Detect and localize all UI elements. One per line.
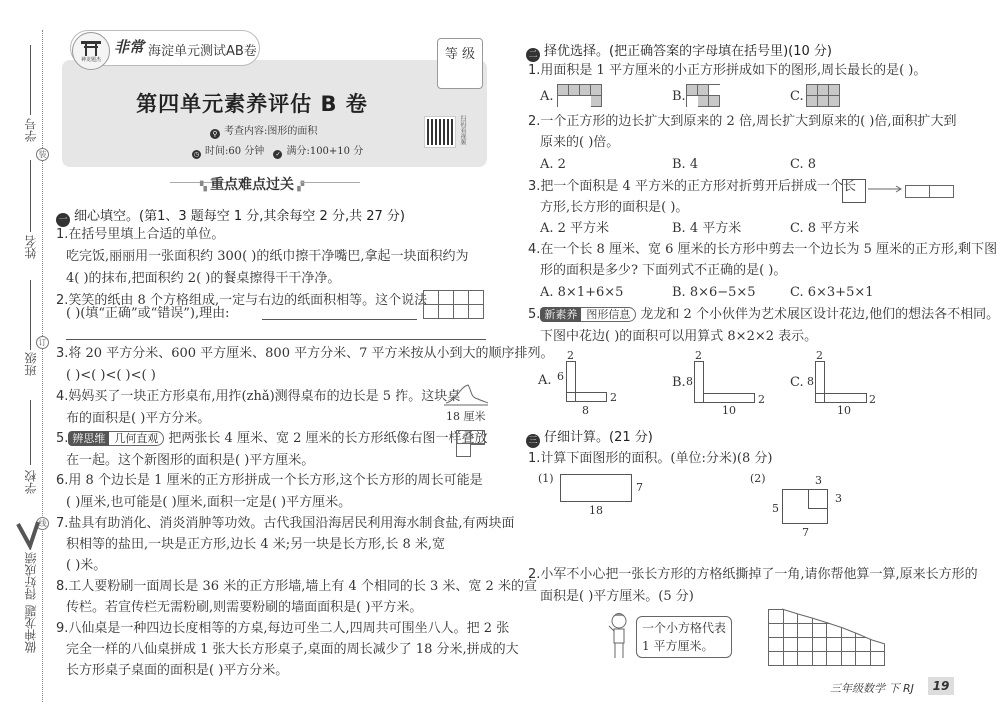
cut-square xyxy=(808,489,828,509)
student-id-label: 学号 xyxy=(22,118,39,142)
q3-answer-line[interactable]: ( )<( )<( )<( ) xyxy=(66,367,156,385)
grade-label: 等 级 xyxy=(445,47,475,62)
section-badge: 一 xyxy=(56,213,70,227)
q5-line2[interactable]: 在一起。这个新图形的面积是( )平方厘米。 xyxy=(66,452,314,470)
s2-q3-option-c[interactable]: C. 8 平方米 xyxy=(790,220,859,238)
fig-dim: 8 xyxy=(807,375,814,388)
page-title: 第四单元素养评估 B 卷 xyxy=(62,88,442,118)
subtitle-text: 重点难点过关 xyxy=(210,177,294,193)
eight-square-grid xyxy=(423,290,484,319)
shape-b xyxy=(686,84,720,107)
fig-dim: 10 xyxy=(837,404,851,417)
banner-subtitle: ▚ 重点难点过关 ▞ xyxy=(200,174,304,194)
s2-q1-option-a[interactable]: A. xyxy=(540,88,554,106)
checkmark-icon xyxy=(16,520,40,550)
s2-q4-option-a[interactable]: A. 8×1+6×5 xyxy=(540,284,623,302)
fig-horizontal xyxy=(703,393,755,403)
s2-q2-option-b[interactable]: B. 4 xyxy=(672,156,698,174)
q7-line2: 积相等的盐田,一块是正方形,边长 4 米;另一块是长方形,长 8 米,宽 xyxy=(66,536,445,554)
q9-line3[interactable]: 长方形桌子桌面的面积是( )平方分米。 xyxy=(66,662,288,680)
s2-q1-option-b[interactable]: B. xyxy=(672,88,686,106)
check-circle-icon: ✓ xyxy=(273,150,282,159)
score-label: 满分:100+10 分 xyxy=(286,146,363,157)
fig-dim: 2 xyxy=(816,349,823,362)
brand-script: 非常 xyxy=(114,36,144,57)
s2-q3-option-b[interactable]: B. 4 平方米 xyxy=(672,220,741,238)
section-2-heading: 二择优选择。(把正确答案的字母填在括号里)(10 分) xyxy=(526,40,832,62)
q8-line1: 8.工人要粉刷一面周长是 36 米的正方形墙,墙上有 4 个相同的长 3 米、宽… xyxy=(56,578,537,596)
s3-q2-line1: 2.小军不小心把一张长方形的方格纸撕掉了一角,请你帮他算一算,原来长方形的 xyxy=(528,566,978,584)
q5-line1: 5.辨思维几何直观把两张长 4 厘米、宽 2 厘米的长方形纸像右图一样叠放 xyxy=(56,430,487,448)
speech-line: 1 平方厘米。 xyxy=(642,637,726,655)
q4-line2[interactable]: 布的面积是( )平方分米。 xyxy=(66,410,210,428)
reason-blank-2[interactable] xyxy=(66,339,486,340)
q6-line2[interactable]: ( )厘米,也可能是( )厘米,面积一定是( )平方厘米。 xyxy=(66,494,351,512)
s2-q4-line2[interactable]: 形的面积是多少? 下面列式不正确的是( )。 xyxy=(540,262,786,280)
s2-q3-option-a[interactable]: A. 2 平方米 xyxy=(540,220,609,238)
s2-q4-option-c[interactable]: C. 6×3+5×1 xyxy=(790,284,874,302)
section-1-title: 细心填空。(第1、3 题每空 1 分,其余每空 2 分,共 27 分) xyxy=(74,209,405,224)
book-label: 三年级数学 下 RJ xyxy=(830,680,914,696)
fig-label: A. xyxy=(538,372,552,390)
series-title: 海淀单元测试AB卷 xyxy=(148,40,257,59)
s2-q1-option-c[interactable]: C. xyxy=(790,88,804,106)
slogan-dragon: 做神龙题 xyxy=(22,605,39,653)
s2-q1: 1.用面积是 1 平方厘米的小正方形拼成如下的图形,周长最长的是( )。 xyxy=(528,62,926,80)
fig-dim: 8 xyxy=(686,375,693,388)
s2-q4-line1: 4.在一个长 8 厘米、宽 6 厘米的长方形中剪去一个边长为 5 厘米的正方形,… xyxy=(528,241,997,259)
arrow-icon xyxy=(868,185,904,193)
fig-dim: 2 xyxy=(567,349,574,362)
tag-new-literacy: 新素养 xyxy=(540,307,581,322)
fig2-cut-width: 3 xyxy=(815,474,822,487)
q1-prompt: 1.在括号里填上合适的单位。 xyxy=(56,226,224,244)
fig-dim: 2 xyxy=(695,349,702,362)
name-rule xyxy=(30,160,31,232)
slogan-good-grades: 得好成绩 xyxy=(22,552,39,600)
fig1-height: 7 xyxy=(636,481,643,494)
logo-text: 神龙题杰 xyxy=(81,56,101,63)
boy-character xyxy=(606,612,632,662)
q7-line3[interactable]: ( )米。 xyxy=(66,557,106,575)
q1-line2[interactable]: 4( )的抹布,把面积约 2( )的餐桌擦得干干净净。 xyxy=(66,270,340,288)
q9-line1: 9.八仙桌是一种四边长度相等的方桌,每边可坐二人,四周共可围坐八人。把 2 张 xyxy=(56,620,509,638)
q2-line2[interactable]: ( )(填“正确”或“错误”),理由: xyxy=(66,305,230,323)
tag-thinking: 辨思维 xyxy=(68,431,109,446)
q6-line1: 6.用 8 个边长是 1 厘米的正方形拼成一个长方形,这个长方形的周长可能是 xyxy=(56,472,483,490)
section-badge: 三 xyxy=(526,434,540,448)
fig-dim: 2 xyxy=(758,393,765,406)
section-1-heading: 一细心填空。(第1、3 题每空 1 分,其余每空 2 分,共 27 分) xyxy=(56,205,405,227)
tag-geometry: 几何直观 xyxy=(109,431,164,446)
speech-bubble: 一个小方格代表 1 平方厘米。 xyxy=(636,616,732,658)
fig2-width: 7 xyxy=(802,526,809,539)
fig2-cut-height: 3 xyxy=(835,492,842,505)
section-3-title: 仔细计算。(21 分) xyxy=(544,430,653,445)
s3-q2-line2[interactable]: 面积是( )平方厘米。(5 分) xyxy=(540,588,694,606)
divider xyxy=(300,182,360,183)
time-label: 时间:60 分钟 xyxy=(205,146,264,157)
reason-blank[interactable] xyxy=(262,319,417,320)
fig-dim: 2 xyxy=(610,391,617,404)
class-label: 班级 xyxy=(22,352,39,376)
q1-line1[interactable]: 吃完饭,丽丽用一张面积约 300( )的纸巾擦干净嘴巴,拿起一块面积约为 xyxy=(66,248,469,266)
s2-q3-line1: 3.把一个面积是 4 平方米的正方形对折剪开后拼成一个长 xyxy=(528,178,856,196)
id-rule xyxy=(30,45,31,115)
torn-edge xyxy=(768,600,888,650)
rectangle-18x7 xyxy=(560,474,632,502)
school-rule xyxy=(30,400,31,465)
square-figure xyxy=(842,179,866,203)
fig1-label: (1) xyxy=(538,472,554,485)
class-rule xyxy=(30,280,31,350)
shape-a xyxy=(557,84,602,107)
fig-horizontal xyxy=(566,392,607,402)
shape-c xyxy=(806,84,840,107)
fig-dim: 2 xyxy=(869,393,876,406)
q3-line1: 3.将 20 平方分米、600 平方厘米、800 平方分米、7 平方米按从小到大… xyxy=(56,345,554,363)
grade-box: 等 级 xyxy=(437,38,483,89)
fig-label: B. xyxy=(672,374,686,392)
binding-line xyxy=(42,30,43,702)
q9-line2: 完全一样的八仙桌拼成 1 张大长方形桌子,桌面的周长减少了 18 分米,拼成的大 xyxy=(66,641,519,659)
school-label: 学校 xyxy=(22,470,39,494)
overlap-figure xyxy=(456,430,485,457)
page-number: 19 xyxy=(928,677,954,695)
q4-line1: 4.妈妈买了一块正方形桌布,用拃(zhǎ)测得桌布的边长是 5 拃。这块桌 xyxy=(56,388,460,406)
s2-q2-option-a[interactable]: A. 2 xyxy=(540,156,566,174)
content-label: 考查内容:图形的面积 xyxy=(224,126,317,137)
gate-icon xyxy=(80,40,102,56)
hand-span-figure xyxy=(442,383,490,407)
s2-q3-line2[interactable]: 方形,长方形的面积是( )。 xyxy=(540,199,688,217)
fig-dim: 6 xyxy=(557,370,564,383)
exam-meta: ◷时间:60 分钟 ✓满分:100+10 分 xyxy=(192,142,363,159)
s2-q2-line1: 2.一个正方形的边长扩大到原来的 2 倍,周长扩大到原来的( )倍,面积扩大到 xyxy=(528,113,956,131)
section-badge: 二 xyxy=(526,48,540,62)
s2-q2-option-c[interactable]: C. 8 xyxy=(790,156,816,174)
clock-icon: ◷ xyxy=(192,150,201,159)
brand-logo: 神龙题杰 xyxy=(72,32,110,70)
tag-figure-info: 图形信息 xyxy=(581,307,636,322)
content-info: ⚲考查内容:图形的面积 xyxy=(210,122,317,139)
q8-line2[interactable]: 传栏。若宣传栏无需粉刷,则需要粉刷的墙面面积是( )平方米。 xyxy=(66,599,422,617)
hand-span-label: 18 厘米 xyxy=(446,408,486,424)
fig2-label: (2) xyxy=(750,472,766,485)
fig-dim: 10 xyxy=(722,404,736,417)
name-label: 姓名 xyxy=(22,235,39,259)
search-icon: ⚲ xyxy=(210,129,220,139)
fig-label: C. xyxy=(790,374,804,392)
s3-q1: 1.计算下面图形的面积。(单位:分米)(8 分) xyxy=(528,450,772,468)
s2-q2-line2[interactable]: 原来的( )倍。 xyxy=(540,134,619,152)
s2-q4-option-b[interactable]: B. 8×6−5×5 xyxy=(672,284,756,302)
section-2-title: 择优选择。(把正确答案的字母填在括号里)(10 分) xyxy=(544,44,832,59)
fig1-width: 18 xyxy=(589,504,603,517)
s2-q5-line2[interactable]: 下图中花边( )的面积可以用算式 8×2×2 表示。 xyxy=(540,328,817,346)
s2-q5-line1: 5.新素养图形信息龙龙和 2 个小伙伴为艺术展区设计花边,他们的想法各不相同。 xyxy=(528,306,999,324)
fig-horizontal xyxy=(815,393,867,403)
qr-code[interactable] xyxy=(425,117,455,147)
q7-line1: 7.盐具有助消化、消炎消肿等功效。古代我国沿海居民利用海水制食盐,有两块面 xyxy=(56,515,515,533)
binding-circle: 订 xyxy=(36,336,49,349)
binding-circle: 装 xyxy=(36,148,49,161)
rectangle-figure xyxy=(905,185,954,198)
speech-line: 一个小方格代表 xyxy=(642,619,726,637)
section-3-heading: 三仔细计算。(21 分) xyxy=(526,426,653,448)
fig2-height: 5 xyxy=(772,502,779,515)
fig-dim: 8 xyxy=(582,404,589,417)
qr-caption: 扫码看视频 xyxy=(458,115,467,145)
